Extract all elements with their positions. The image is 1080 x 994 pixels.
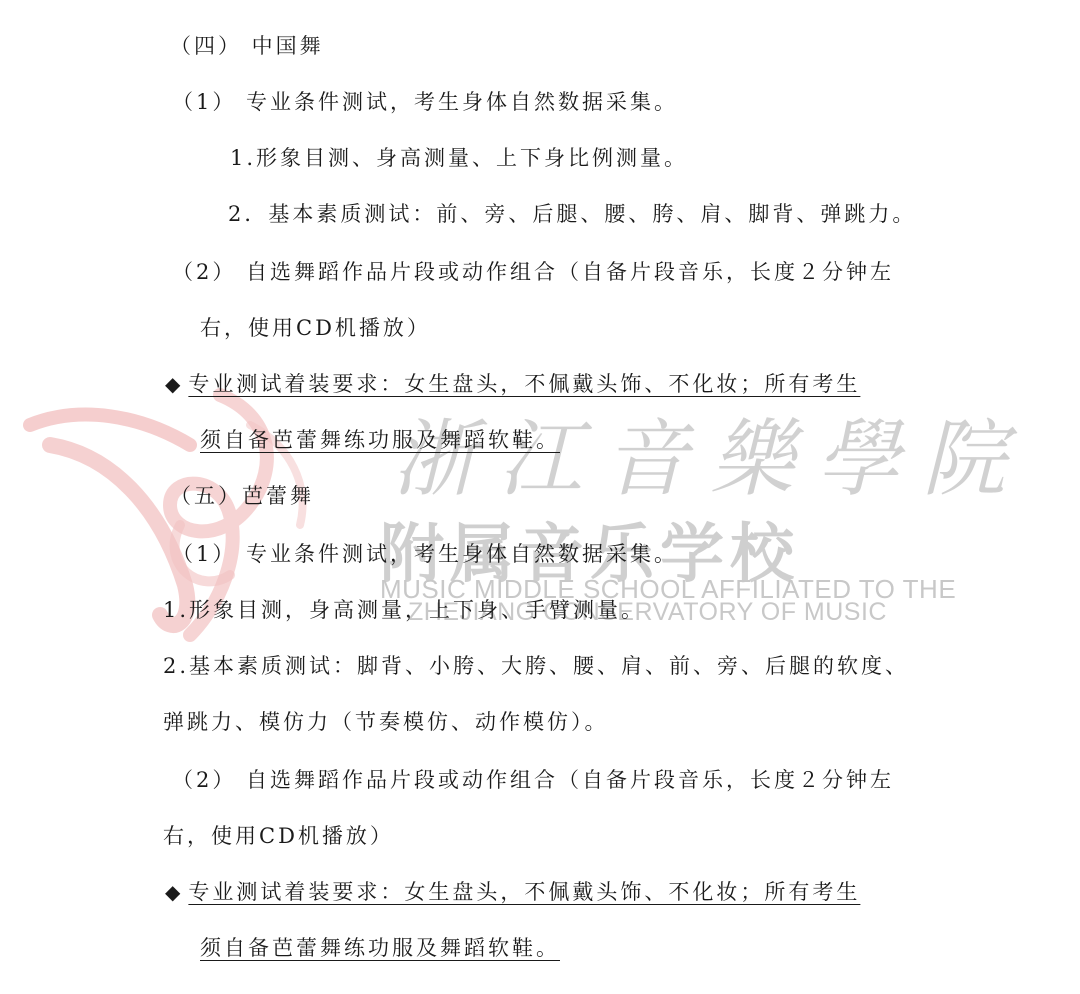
- section-item: （2） 自选舞蹈作品片段或动作组合（自备片段音乐，长度２分钟左: [172, 764, 894, 794]
- section-item: 1.形象目测、身高测量、上下身比例测量。: [230, 142, 688, 172]
- section-item: 1.形象目测，身高测量，上下身、手臂测量。: [163, 594, 645, 624]
- section-item: 右，使用CD机播放）: [200, 312, 431, 342]
- attire-note-text: 专业测试着装要求：女生盘头，不佩戴头饰、不化妆；所有考生: [188, 880, 860, 904]
- section-item: （2） 自选舞蹈作品片段或动作组合（自备片段音乐，长度２分钟左: [172, 256, 894, 286]
- attire-note: ◆专业测试着装要求：女生盘头，不佩戴头饰、不化妆；所有考生: [165, 876, 860, 906]
- section-item: （1） 专业条件测试，考生身体自然数据采集。: [172, 538, 678, 568]
- attire-note-text: 须自备芭蕾舞练功服及舞蹈软鞋。: [200, 932, 560, 962]
- section-item: 2.基本素质测试：脚背、小胯、大胯、腰、肩、前、旁、后腿的软度、: [163, 650, 909, 680]
- section-item: （1） 专业条件测试，考生身体自然数据采集。: [172, 86, 678, 116]
- section-item: 右，使用CD机播放）: [163, 820, 394, 850]
- section-item: 弹跳力、模仿力（节奏模仿、动作模仿）。: [163, 706, 609, 736]
- section-item: 2．基本素质测试：前、旁、后腿、腰、胯、肩、脚背、弹跳力。: [228, 198, 916, 228]
- diamond-bullet-icon: ◆: [165, 372, 180, 396]
- attire-note-text: 须自备芭蕾舞练功服及舞蹈软鞋。: [200, 424, 560, 454]
- attire-note-text: 专业测试着装要求：女生盘头，不佩戴头饰、不化妆；所有考生: [188, 372, 860, 396]
- section-heading-chinese-dance: （四） 中国舞: [170, 30, 324, 60]
- section-heading-ballet: （五）芭蕾舞: [170, 480, 314, 510]
- attire-note: ◆专业测试着装要求：女生盘头，不佩戴头饰、不化妆；所有考生: [165, 368, 860, 398]
- diamond-bullet-icon: ◆: [165, 880, 180, 904]
